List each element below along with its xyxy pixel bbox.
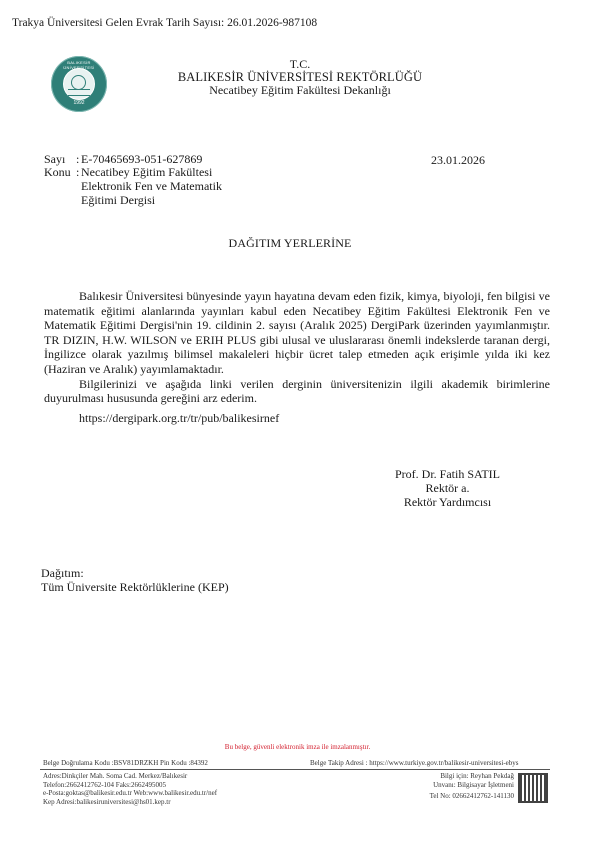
- konu-line-2: Elektronik Fen ve Matematik: [81, 180, 222, 193]
- info-contact: Bilgi için: Reyhan Pekdağ: [430, 772, 514, 781]
- email-web: e-Posta:goktas@balikesir.edu.tr Web:www.…: [43, 789, 217, 798]
- signature-block: Prof. Dr. Fatih SATIL Rektör a. Rektör Y…: [360, 467, 535, 509]
- signatory-title-1: Rektör a.: [360, 481, 535, 495]
- tracking-address: Belge Takip Adresi : https://www.turkiye…: [310, 759, 519, 767]
- university-seal-icon: BALIKESİR ÜNİVERSİTESİ 1992: [51, 56, 107, 112]
- incoming-document-stamp: Trakya Üniversitesi Gelen Evrak Tarih Sa…: [12, 17, 317, 29]
- info-title: Unvanı: Bilgisayar İşletmeni: [430, 781, 514, 790]
- kep-address: Kep Adresi:balikesiruniversitesi@hs01.ke…: [43, 798, 217, 807]
- address: Adres:Dinkçiler Mah. Soma Cad. Merkez/Ba…: [43, 772, 217, 781]
- journal-link[interactable]: https://dergipark.org.tr/tr/pub/balikesi…: [79, 411, 279, 426]
- seal-emblem-waves: [68, 89, 90, 96]
- seal-emblem-circle: [71, 75, 86, 90]
- document-body: Balıkesir Üniversitesi bünyesinde yayın …: [44, 289, 550, 406]
- signatory-title-2: Rektör Yardımcısı: [360, 495, 535, 509]
- qr-code-icon: [518, 773, 548, 803]
- info-tel: Tel No: 02662412762-141130: [430, 792, 514, 801]
- footer-divider: [40, 769, 550, 770]
- sayi-value: E-70465693-051-627869: [81, 152, 202, 166]
- distribution-label: Dağıtım:: [41, 566, 229, 580]
- distribution-recipients: Tüm Üniversite Rektörlüklerine (KEP): [41, 580, 229, 594]
- konu-row: Konu:Necatibey Eğitim Fakültesi: [44, 166, 212, 179]
- body-paragraph-1: Balıkesir Üniversitesi bünyesinde yayın …: [44, 289, 550, 377]
- signatory-name: Prof. Dr. Fatih SATIL: [360, 467, 535, 481]
- konu-line-3: Eğitimi Dergisi: [81, 194, 155, 207]
- e-signature-notice: Bu belge, güvenli elektronik imza ile im…: [0, 743, 595, 751]
- document-title: DAĞITIM YERLERİNE: [0, 236, 580, 251]
- contact-info-block: Bilgi için: Reyhan Pekdağ Unvanı: Bilgis…: [430, 772, 514, 801]
- seal-emblem: [63, 68, 95, 100]
- body-paragraph-2: Bilgilerinizi ve aşağıda linki verilen d…: [44, 377, 550, 406]
- distribution-block: Dağıtım: Tüm Üniversite Rektörlüklerine …: [41, 566, 229, 594]
- document-date: 23.01.2026: [431, 153, 485, 168]
- konu-line-1: Necatibey Eğitim Fakültesi: [81, 165, 212, 179]
- seal-year: 1992: [51, 100, 107, 106]
- header-department: Necatibey Eğitim Fakültesi Dekanlığı: [150, 84, 450, 97]
- verification-code: Belge Doğrulama Kodu :BSV81DRZKH Pin Kod…: [43, 759, 208, 767]
- phone-fax: Telefon:2662412762-104 Faks:2662495005: [43, 781, 217, 790]
- konu-label: Konu: [44, 166, 76, 179]
- contact-address-block: Adres:Dinkçiler Mah. Soma Cad. Merkez/Ba…: [43, 772, 217, 806]
